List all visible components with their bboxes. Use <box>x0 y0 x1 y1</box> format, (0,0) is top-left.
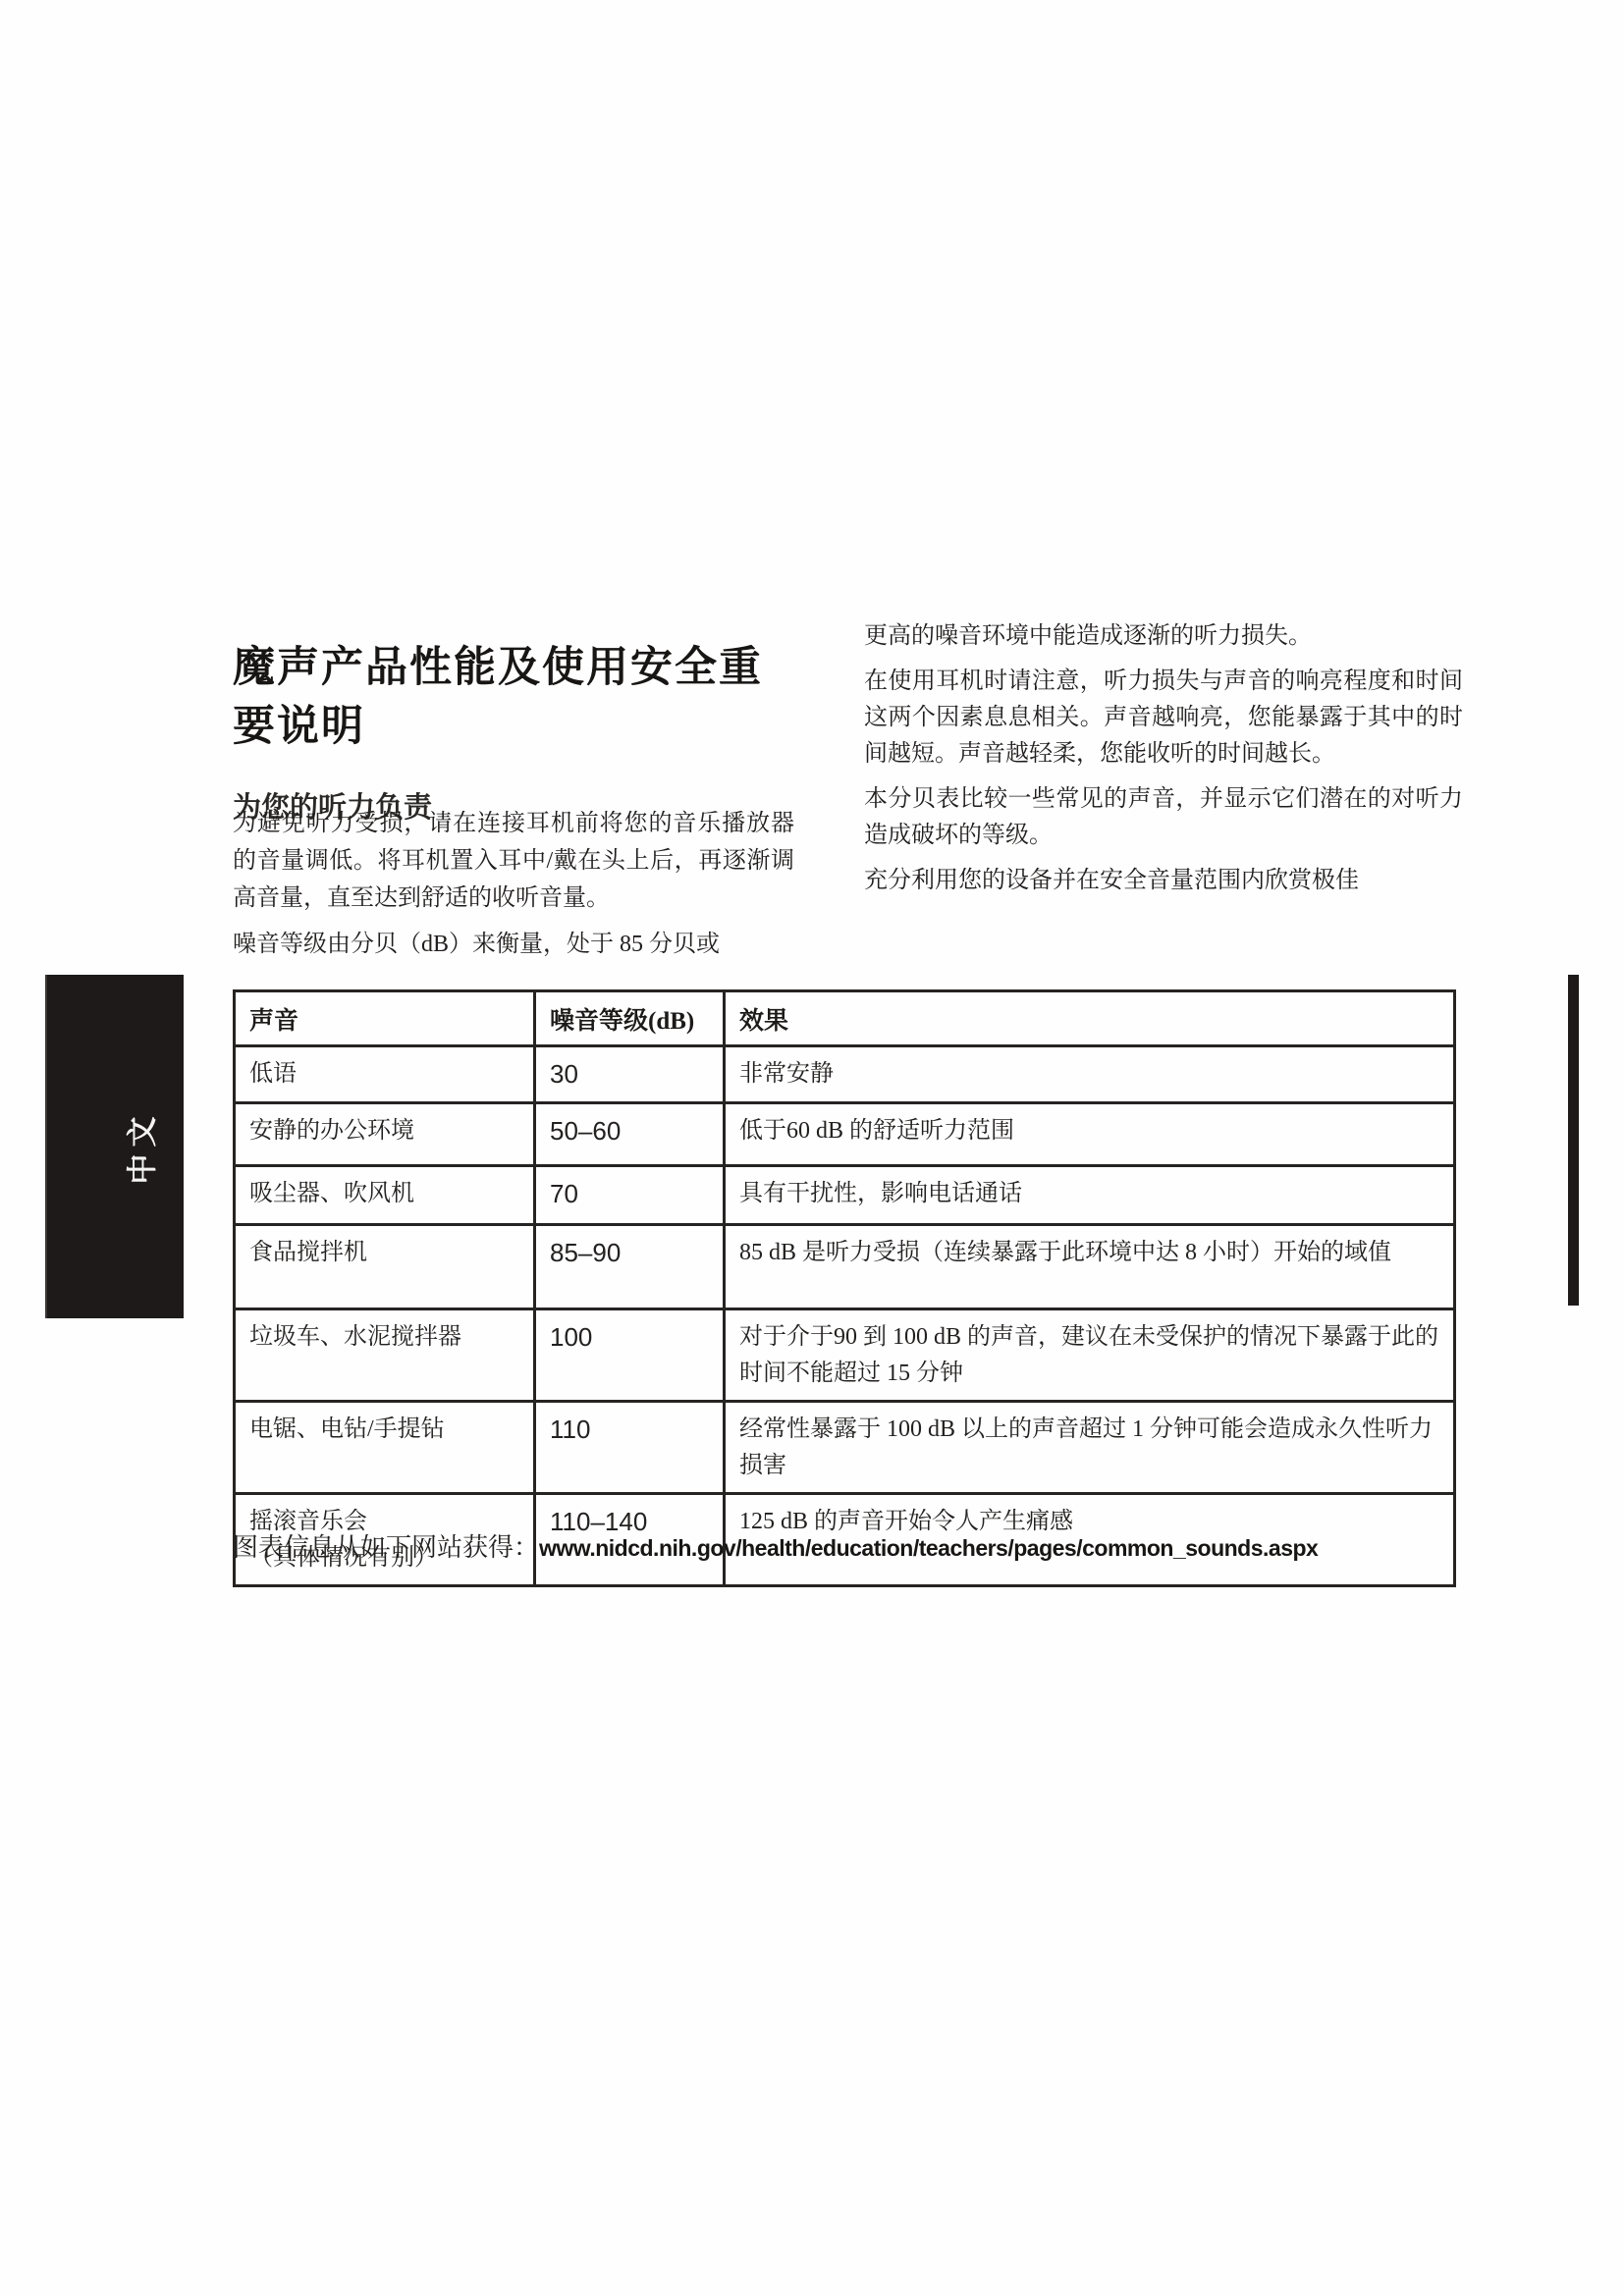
table-row: 吸尘器、吹风机70具有干扰性，影响电话通话 <box>235 1166 1455 1225</box>
page-title: 魔声产品性能及使用安全重要说明 <box>233 639 783 757</box>
sound-table-body: 低语30非常安静安静的办公环境50–60低于60 dB 的舒适听力范围吸尘器、吹… <box>235 1046 1455 1586</box>
source-note-label: 图表信息从如下网站获得： <box>233 1533 539 1562</box>
level-cell: 30 <box>535 1046 725 1103</box>
paragraph: 为避免听力受损，请在连接耳机前将您的音乐播放器的音量调低。将耳机置入耳中/戴在头… <box>233 805 794 917</box>
level-cell: 50–60 <box>535 1103 725 1166</box>
language-tab-chinese: 中文 <box>47 975 184 1318</box>
effect-cell: 对于介于90 到 100 dB 的声音，建议在未受保护的情况下暴露于此的时间不能… <box>725 1309 1455 1402</box>
sound-cell: 安静的办公环境 <box>235 1103 535 1166</box>
level-cell: 70 <box>535 1166 725 1225</box>
level-cell: 110 <box>535 1402 725 1494</box>
sound-cell: 吸尘器、吹风机 <box>235 1166 535 1225</box>
header-sound: 声音 <box>235 991 535 1046</box>
effect-cell: 低于60 dB 的舒适听力范围 <box>725 1103 1455 1166</box>
level-cell: 85–90 <box>535 1225 725 1309</box>
decibel-table: 声音 噪音等级(dB) 效果 低语30非常安静安静的办公环境50–60低于60 … <box>233 989 1456 1587</box>
paragraph: 噪音等级由分贝（dB）来衡量，处于 85 分贝或 <box>233 926 794 963</box>
manual-page: 中文 魔声产品性能及使用安全重要说明 为您的听力负责 为避免听力受损，请在连接耳… <box>0 0 1624 2296</box>
paragraph: 更高的噪音环境中能造成逐渐的听力损失。 <box>864 618 1463 655</box>
level-cell: 100 <box>535 1309 725 1402</box>
table-row: 安静的办公环境50–60低于60 dB 的舒适听力范围 <box>235 1103 1455 1166</box>
intro-column-left: 为避免听力受损，请在连接耳机前将您的音乐播放器的音量调低。将耳机置入耳中/戴在头… <box>233 805 794 972</box>
sound-cell: 低语 <box>235 1046 535 1103</box>
paragraph: 充分利用您的设备并在安全音量范围内欣赏极佳 <box>864 863 1463 899</box>
right-edge-tab-bar <box>1568 975 1579 1306</box>
sound-cell: 垃圾车、水泥搅拌器 <box>235 1309 535 1402</box>
effect-cell: 具有干扰性，影响电话通话 <box>725 1166 1455 1225</box>
header-effect: 效果 <box>725 991 1455 1046</box>
table-row: 垃圾车、水泥搅拌器100对于介于90 到 100 dB 的声音，建议在未受保护的… <box>235 1309 1455 1402</box>
effect-cell: 非常安静 <box>725 1046 1455 1103</box>
table-row: 低语30非常安静 <box>235 1046 1455 1103</box>
header-noise-level: 噪音等级(dB) <box>535 991 725 1046</box>
table-header-row: 声音 噪音等级(dB) 效果 <box>235 991 1455 1046</box>
source-note-url: www.nidcd.nih.gov/health/education/teach… <box>539 1535 1318 1561</box>
language-tab-label: 中文 <box>117 1109 161 1184</box>
effect-cell: 85 dB 是听力受损（连续暴露于此环境中达 8 小时）开始的域值 <box>725 1225 1455 1309</box>
table-row: 电锯、电钻/手提钻110经常性暴露于 100 dB 以上的声音超过 1 分钟可能… <box>235 1402 1455 1494</box>
sound-cell: 电锯、电钻/手提钻 <box>235 1402 535 1494</box>
intro-column-right: 更高的噪音环境中能造成逐渐的听力损失。 在使用耳机时请注意，听力损失与声音的响亮… <box>864 618 1463 908</box>
source-note: 图表信息从如下网站获得：www.nidcd.nih.gov/health/edu… <box>233 1527 1453 1564</box>
paragraph: 在使用耳机时请注意，听力损失与声音的响亮程度和时间这两个因素息息相关。声音越响亮… <box>864 664 1463 773</box>
sound-cell: 食品搅拌机 <box>235 1225 535 1309</box>
table-row: 食品搅拌机85–9085 dB 是听力受损（连续暴露于此环境中达 8 小时）开始… <box>235 1225 1455 1309</box>
effect-cell: 经常性暴露于 100 dB 以上的声音超过 1 分钟可能会造成永久性听力损害 <box>725 1402 1455 1494</box>
paragraph: 本分贝表比较一些常见的声音，并显示它们潜在的对听力造成破坏的等级。 <box>864 781 1463 854</box>
